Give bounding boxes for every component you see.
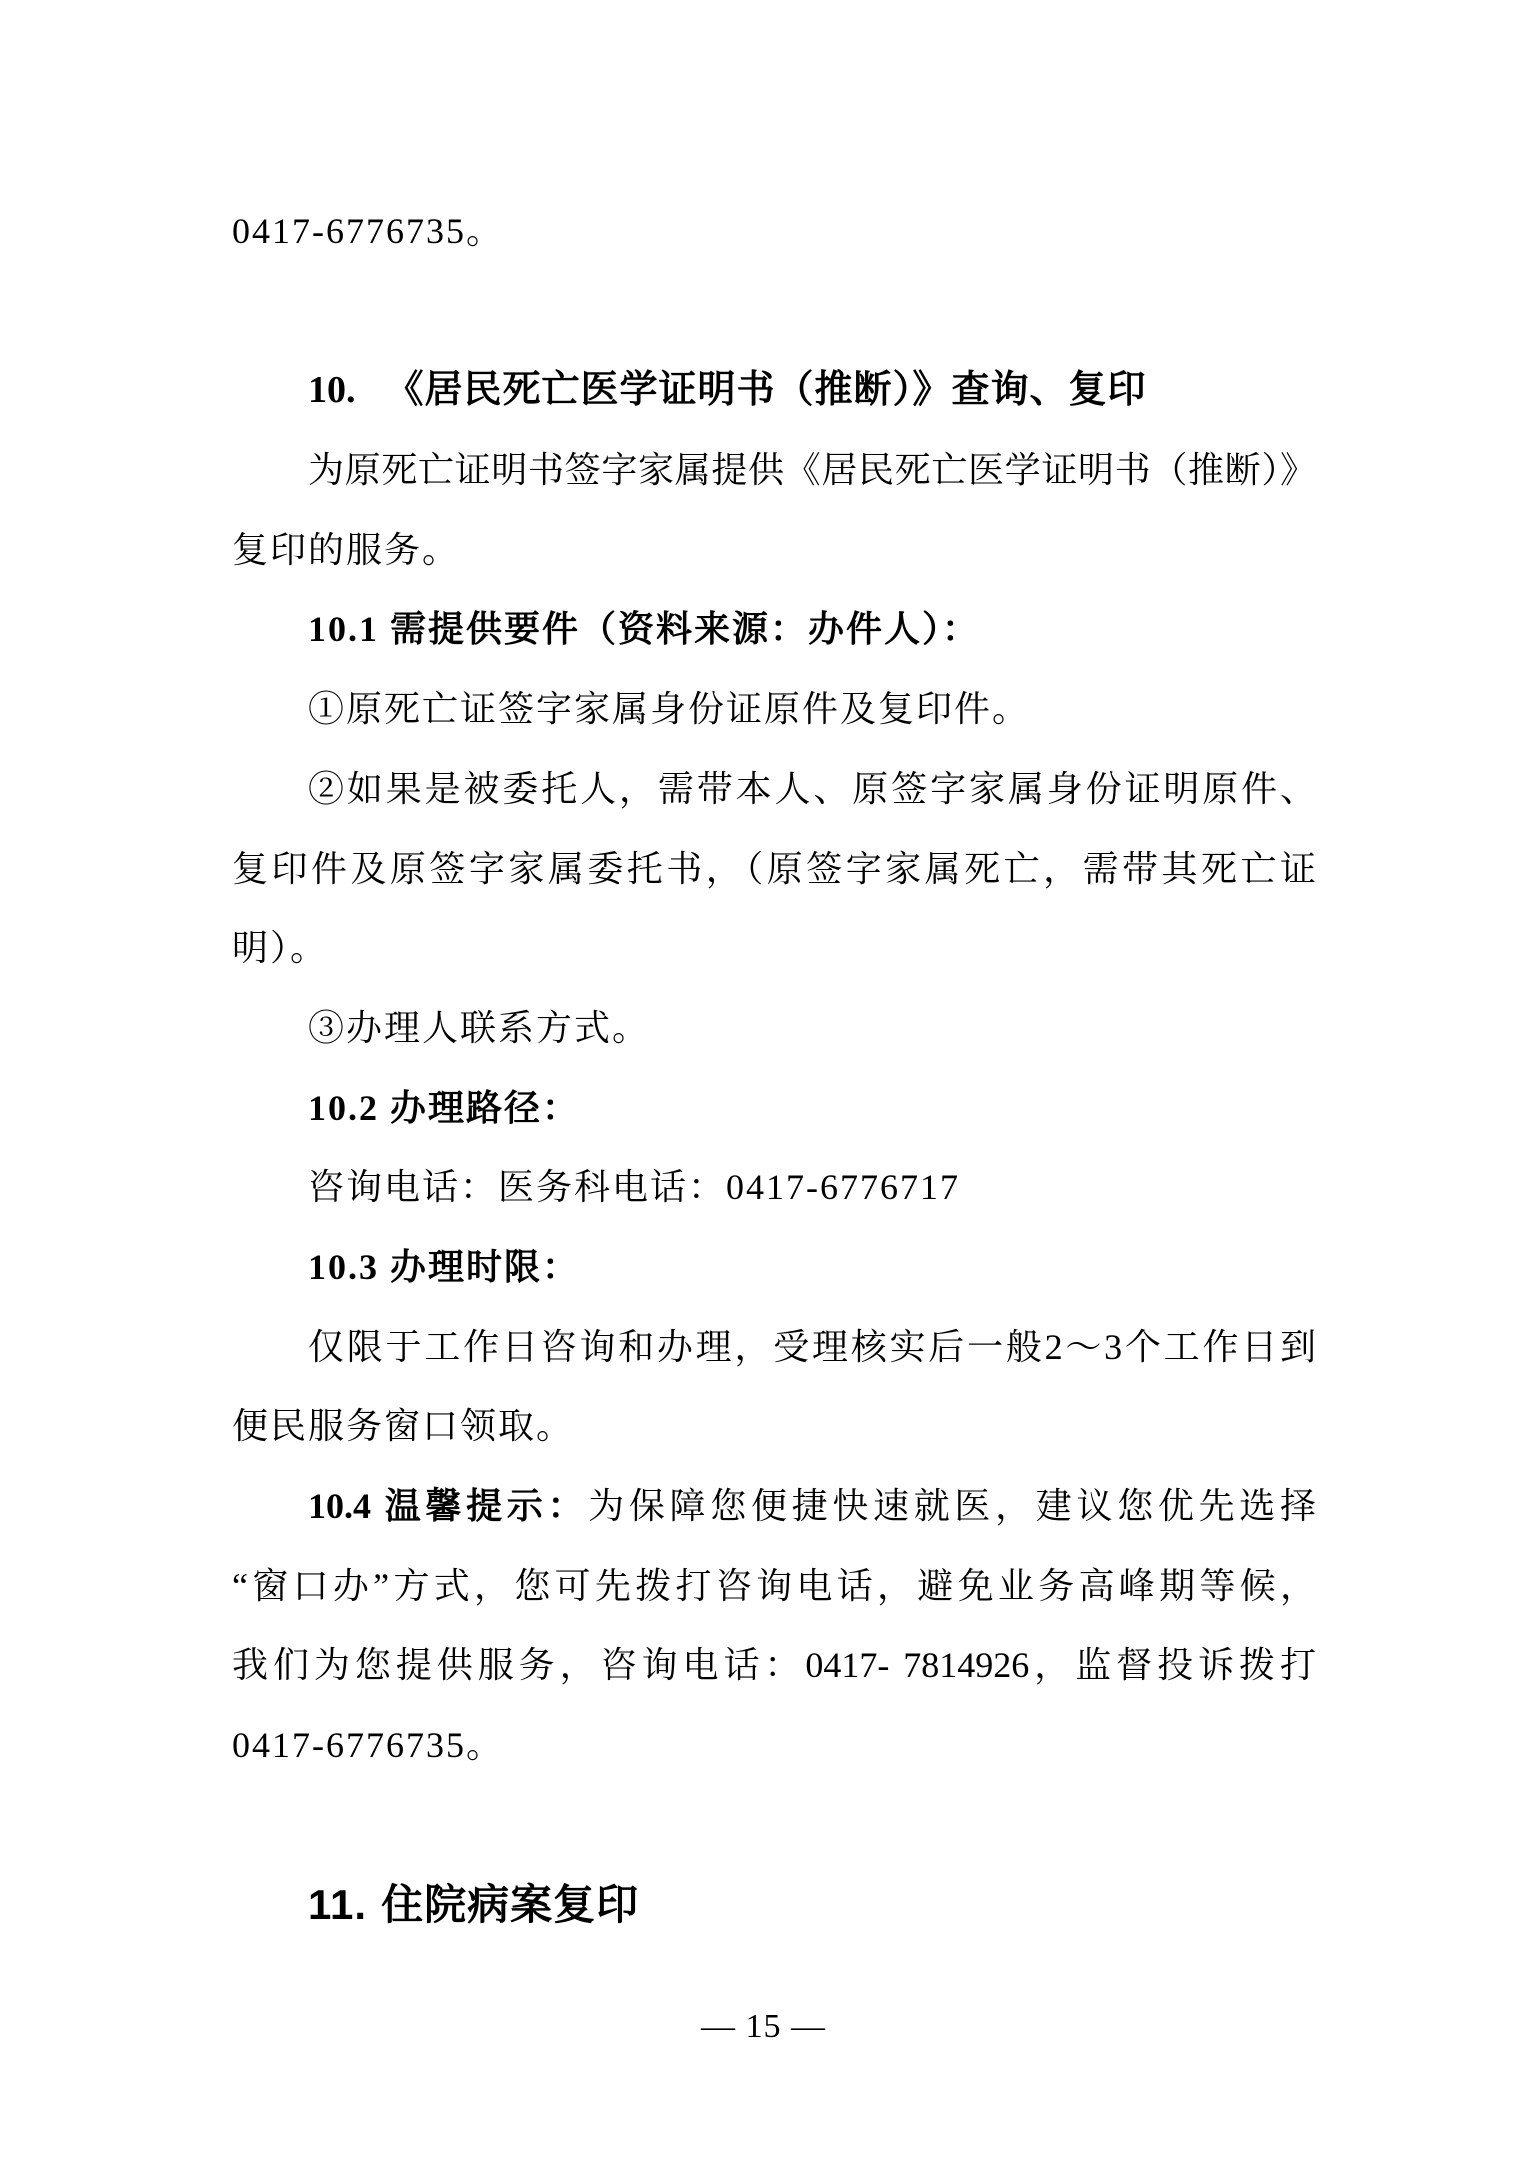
blank-line bbox=[232, 272, 1316, 352]
requirement-item-1-line: ①原死亡证签字家属身份证原件及复印件。 bbox=[232, 670, 1316, 750]
blank-line bbox=[232, 1786, 1316, 1866]
requirement-item-3-line: ③办理人联系方式。 bbox=[232, 989, 1316, 1069]
requirement-item-2-line-1: ②如果是被委托人，需带本人、原签字家属身份证明原件、 bbox=[232, 750, 1316, 830]
page-body: 0417-6776735。 10.《居民死亡医学证明书（推断）》查询、复印 为原… bbox=[232, 192, 1316, 1945]
consult-phone-line: 咨询电话：医务科电话：0417-6776717 bbox=[232, 1148, 1316, 1228]
section-10-title: 《居民死亡医学证明书（推断）》查询、复印 bbox=[386, 369, 1147, 411]
tip-line-3: 我们为您提供服务，咨询电话：0417- 7814926，监督投诉拨打 bbox=[232, 1626, 1316, 1706]
document-page: 0417-6776735。 10.《居民死亡医学证明书（推断）》查询、复印 为原… bbox=[0, 0, 1527, 2160]
section-11-title: 住院病案复印 bbox=[381, 1881, 639, 1928]
tip-line-4-phone: 0417-6776735。 bbox=[232, 1706, 1316, 1786]
section-10-intro-line-2: 复印的服务。 bbox=[232, 511, 1316, 591]
tip-line-2: “窗口办”方式，您可先拨打咨询电话，避免业务高峰期等候， bbox=[232, 1547, 1316, 1627]
continuation-phone-line: 0417-6776735。 bbox=[232, 192, 1316, 272]
section-10-intro-line-1: 为原死亡证明书签字家属提供《居民死亡医学证明书（推断）》 bbox=[232, 431, 1316, 511]
time-limit-line-2: 便民服务窗口领取。 bbox=[232, 1387, 1316, 1467]
section-11-heading: 11.住院病案复印 bbox=[232, 1865, 1316, 1945]
subsection-10-1-heading: 10.1 需提供要件（资料来源：办件人）： bbox=[232, 590, 1316, 670]
requirement-item-2-line-2: 复印件及原签字家属委托书，（原签字家属死亡，需带其死亡证 bbox=[232, 830, 1316, 910]
time-limit-line-1: 仅限于工作日咨询和办理，受理核实后一般2～3个工作日到 bbox=[232, 1308, 1316, 1388]
subsection-10-2-heading: 10.2 办理路径： bbox=[232, 1069, 1316, 1149]
section-11-number: 11. bbox=[308, 1881, 367, 1928]
subsection-10-4-heading: 10.4 温馨提示： bbox=[308, 1486, 588, 1526]
section-10-heading: 10.《居民死亡医学证明书（推断）》查询、复印 bbox=[232, 351, 1316, 431]
page-number: — 15 — bbox=[0, 2008, 1527, 2046]
subsection-10-3-heading: 10.3 办理时限： bbox=[232, 1228, 1316, 1308]
section-10-number: 10. bbox=[308, 369, 356, 411]
tip-text-start: 为保障您便捷快速就医，建议您优先选择 bbox=[588, 1486, 1316, 1526]
requirement-item-2-line-3: 明）。 bbox=[232, 909, 1316, 989]
subsection-10-4-tip-line-1: 10.4 温馨提示：为保障您便捷快速就医，建议您优先选择 bbox=[232, 1467, 1316, 1547]
